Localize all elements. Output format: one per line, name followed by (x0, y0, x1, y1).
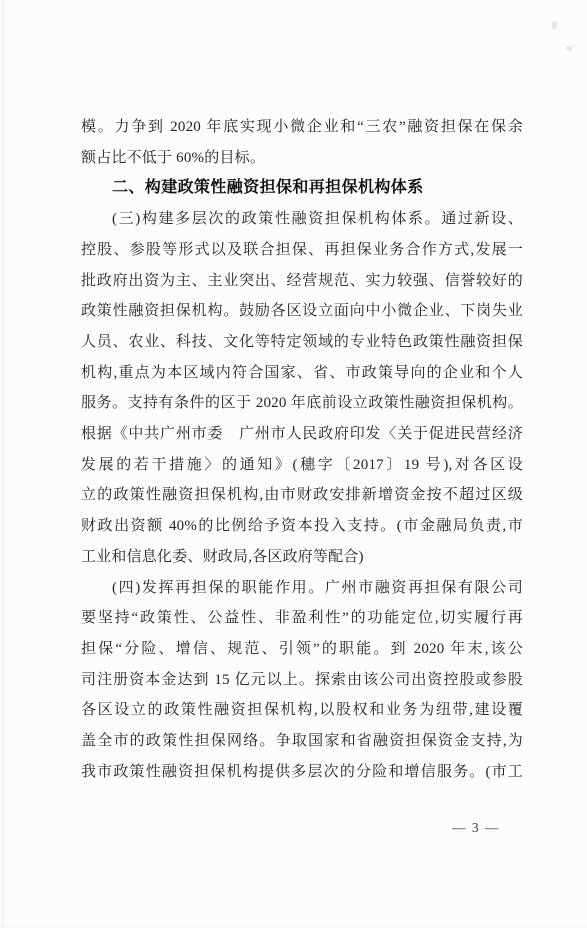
text-line: 盖全市的政策性担保网络。争取国家和省融资担保资金支持,为 (81, 726, 523, 757)
text-line: 担保“分险、增信、规范、引领”的职能。到 2020 年末,该公 (81, 634, 523, 665)
scan-speck (566, 46, 572, 51)
text-line: 控股、参股等形式以及联合担保、再担保业务合作方式,发展一 (81, 235, 523, 266)
text-line: 机构,重点为本区域内符合国家、省、市政策导向的企业和个人 (81, 358, 523, 389)
text-line: 模。力争到 2020 年底实现小微企业和“三农”融资担保在保余 (81, 112, 523, 143)
paragraph-intro-continuation: 模。力争到 2020 年底实现小微企业和“三农”融资担保在保余额占比不低于 60… (81, 112, 523, 173)
text-line: 各区设立的政策性融资担保机构,以股权和业务为纽带,建设覆 (81, 695, 523, 726)
text-line: 服务。支持有条件的区于 2020 年底前设立政策性融资担保机构。 (81, 388, 523, 419)
text-line: (三)构建多层次的政策性融资担保机构体系。通过新设、 (81, 204, 523, 235)
paragraph-item-3: (三)构建多层次的政策性融资担保机构体系。通过新设、控股、参股等形式以及联合担保… (81, 204, 523, 572)
text-line: 额占比不低于 60%的目标。 (81, 143, 523, 174)
text-line: 立的政策性融资担保机构,由市财政安排新增资金按不超过区级 (81, 480, 523, 511)
text-line: 工业和信息化委、财政局,各区政府等配合) (81, 542, 523, 573)
text-line: 政策性融资担保机构。鼓励各区设立面向中小微企业、下岗失业 (81, 296, 523, 327)
text-line: 要坚持“政策性、公益性、非盈利性”的功能定位,切实履行再 (81, 603, 523, 634)
page-number: — 3 — (452, 820, 500, 836)
document-body: 模。力争到 2020 年底实现小微企业和“三农”融资担保在保余额占比不低于 60… (81, 112, 523, 787)
scan-edge-line (2, 0, 3, 928)
scan-speck (552, 21, 557, 29)
text-line: 人员、农业、科技、文化等特定领域的专业特色政策性融资担保 (81, 327, 523, 358)
text-line: (四)发挥再担保的职能作用。广州市融资再担保有限公司 (81, 573, 523, 604)
text-line: 财政出资额 40%的比例给予资本投入支持。(市金融局负责,市 (81, 511, 523, 542)
paragraph-item-4: (四)发挥再担保的职能作用。广州市融资再担保有限公司要坚持“政策性、公益性、非盈… (81, 573, 523, 788)
text-line: 司注册资本金达到 15 亿元以上。探索由该公司出资控股或参股 (81, 665, 523, 696)
text-line: 我市政策性融资担保机构提供多层次的分险和增信服务。(市工 (81, 757, 523, 788)
document-page: 模。力争到 2020 年底实现小微企业和“三农”融资担保在保余额占比不低于 60… (0, 0, 587, 928)
text-line: 发展的若干措施〉的通知》(穗字〔2017〕19 号),对各区设 (81, 450, 523, 481)
text-line: 根据《中共广州市委 广州市人民政府印发〈关于促进民营经济 (81, 419, 523, 450)
section-heading: 二、构建政策性融资担保和再担保机构体系 (81, 173, 523, 204)
text-line: 批政府出资为主、主业突出、经营规范、实力较强、信誉较好的 (81, 266, 523, 297)
scan-edge-line (0, 926, 587, 927)
